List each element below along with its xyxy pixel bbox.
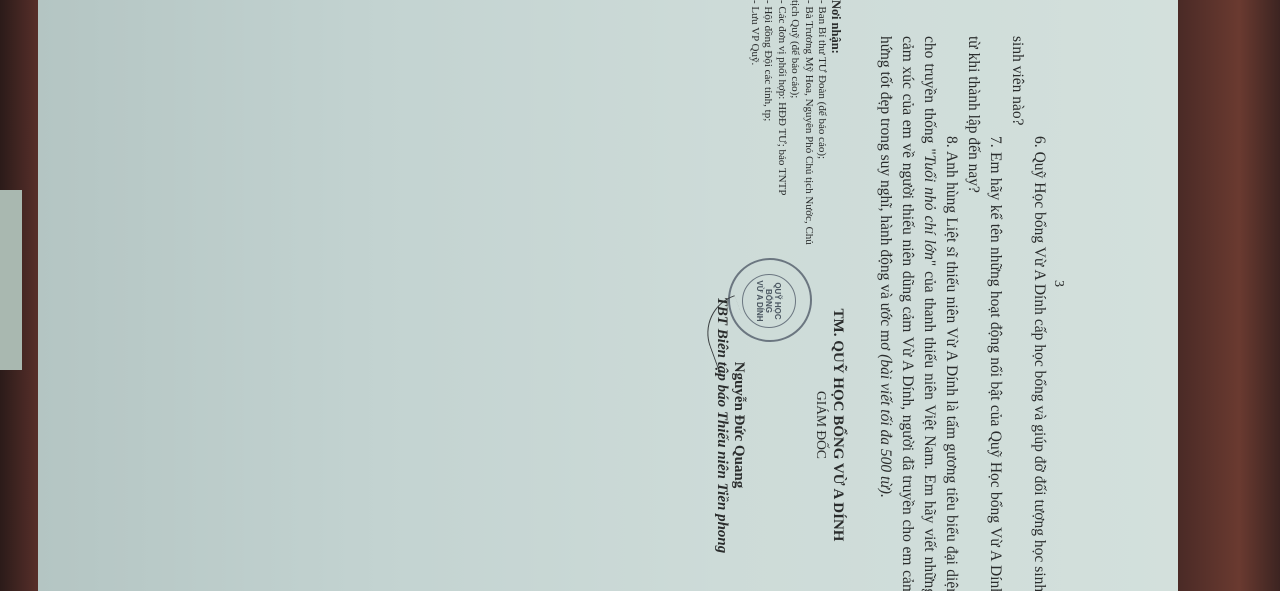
rotated-page: 3 6. Quỹ Học bổng Vừ A Dính cấp học bổng… (38, 0, 1178, 591)
background-table (1178, 0, 1280, 591)
question-8-note: (bài viết tối đa 500 từ). (877, 354, 894, 498)
recipients-title: Nơi nhận: (829, 0, 843, 260)
recipients-list: Nơi nhận: - Ban Bí thư TƯ Đoàn (để báo c… (748, 0, 843, 260)
recipient-item: - Bà Trương Mỹ Hoa, Nguyên Phó Chủ tịch … (788, 0, 815, 260)
question-7: 7. Em hãy kể tên những hoạt động nổi bật… (962, 36, 1006, 591)
question-6: 6. Quỹ Học bổng Vừ A Dính cấp học bổng v… (1006, 36, 1050, 591)
document-page: 3 6. Quỹ Học bổng Vừ A Dính cấp học bổng… (38, 0, 1178, 591)
recipient-item: - Ban Bí thư TƯ Đoàn (để báo cáo); (815, 0, 829, 260)
question-8: 8. Anh hùng Liệt sĩ thiếu niên Vừ A Dính… (874, 36, 962, 591)
question-8-quote: Tuổi nhỏ chí lớn (921, 155, 938, 260)
signature-block: TM. QUỸ HỌC BỔNG VỪ A DÍNH GIÁM ĐỐC Nguy… (713, 260, 846, 590)
signature-org: TM. QUỸ HỌC BỔNG VỪ A DÍNH (829, 260, 846, 590)
background-strip (0, 190, 22, 370)
page-number: 3 (1050, 280, 1066, 287)
recipient-item: - Các đơn vị phối hợp: HĐĐ TƯ; báo TNTP (775, 0, 789, 260)
questions-body: 6. Quỹ Học bổng Vừ A Dính cấp học bổng v… (874, 36, 1050, 591)
signature-role: GIÁM ĐỐC (813, 260, 829, 590)
signer-name: Nguyễn Đức Quang (730, 260, 747, 590)
signer-title: TBT Biên tập báo Thiếu niên Tiền phong (713, 260, 730, 590)
recipient-item: - Hội đồng Đội các tỉnh, tp; (761, 0, 775, 260)
recipient-item: - Lưu VP Quỹ. (748, 0, 762, 260)
